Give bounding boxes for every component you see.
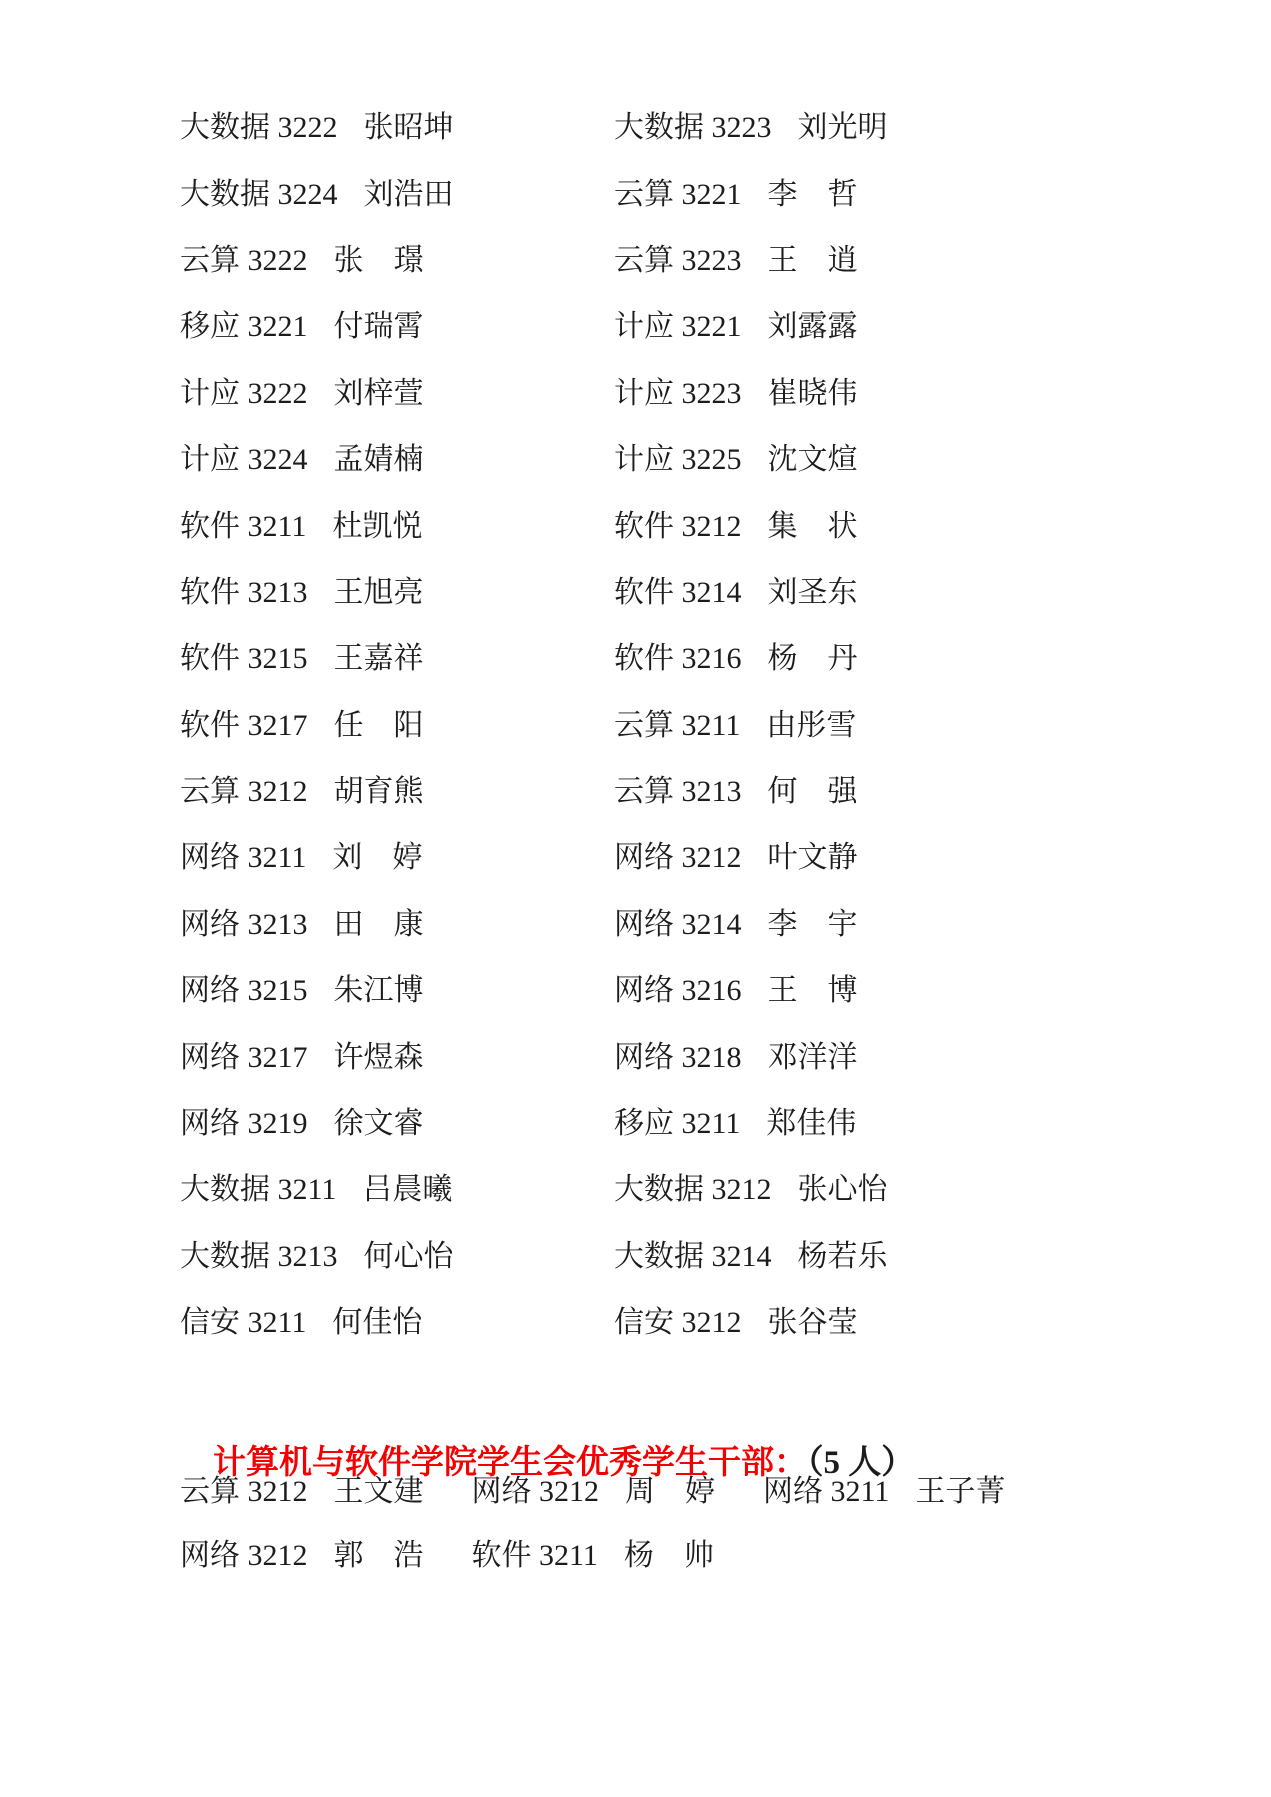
student-entry: 软件 3212集 状 (614, 512, 858, 542)
student-name: 集 状 (768, 512, 858, 542)
student-entry: 计应 3225沈文煊 (614, 445, 858, 475)
list-row: 计应 3222刘梓萱计应 3223崔晓伟 (180, 361, 1200, 427)
class-id: 计应 3221 (614, 312, 742, 342)
list-cell-right: 云算 3221李 哲 (614, 180, 1200, 210)
student-entry: 大数据 3214杨若乐 (614, 1242, 888, 1272)
student-name: 刘圣东 (768, 578, 858, 608)
student-name: 李 宇 (768, 910, 858, 940)
student-name: 刘梓萱 (334, 379, 424, 409)
student-name: 杜凯悦 (332, 512, 422, 542)
list-row: 网络 3217许煜森网络 3218邓洋洋 (180, 1024, 1200, 1090)
student-entry: 计应 3222刘梓萱 (180, 379, 424, 409)
class-id: 云算 3222 (180, 246, 308, 276)
list-cell-left: 软件 3211杜凯悦 (180, 512, 614, 542)
list-cell-right: 网络 3214李 宇 (614, 910, 1200, 940)
list-cell-left: 大数据 3213何心怡 (180, 1242, 614, 1272)
list-cell-left: 软件 3215王嘉祥 (180, 644, 614, 674)
list-row: 网络 3211刘 婷网络 3212叶文静 (180, 825, 1200, 891)
student-name: 王文建 (334, 1477, 424, 1507)
student-name: 任 阳 (334, 711, 424, 741)
student-entry: 云算 3221李 哲 (614, 180, 858, 210)
cadre-row: 云算 3212王文建网络 3212周 婷网络 3211王子菁 (180, 1460, 1200, 1524)
student-name: 胡育熊 (334, 777, 424, 807)
student-entry: 网络 3211王子菁 (763, 1477, 1005, 1507)
class-id: 云算 3221 (614, 180, 742, 210)
student-entry: 网络 3216王 博 (614, 976, 858, 1006)
list-cell-left: 软件 3213王旭亮 (180, 578, 614, 608)
list-cell-left: 云算 3212胡育熊 (180, 777, 614, 807)
class-id: 计应 3223 (614, 379, 742, 409)
student-entry: 信安 3212张谷莹 (614, 1308, 858, 1338)
student-name: 邓洋洋 (768, 1043, 858, 1073)
class-id: 计应 3222 (180, 379, 308, 409)
student-name: 吕晨曦 (362, 1175, 452, 1205)
class-id: 软件 3217 (180, 711, 308, 741)
list-row: 软件 3211杜凯悦软件 3212集 状 (180, 493, 1200, 559)
list-cell-left: 网络 3217许煜森 (180, 1043, 614, 1073)
student-name: 王嘉祥 (334, 644, 424, 674)
class-id: 软件 3216 (614, 644, 742, 674)
class-id: 移应 3221 (180, 312, 308, 342)
student-name: 李 哲 (768, 180, 858, 210)
student-name: 张心怡 (798, 1175, 888, 1205)
student-name: 张 璟 (334, 246, 424, 276)
student-name: 田 康 (334, 910, 424, 940)
student-name: 杨 帅 (624, 1541, 714, 1571)
list-cell-right: 计应 3221刘露露 (614, 312, 1200, 342)
student-entry: 计应 3221刘露露 (614, 312, 858, 342)
student-entry: 网络 3211刘 婷 (180, 843, 422, 873)
student-entry: 云算 3212王文建 (180, 1477, 424, 1507)
class-id: 软件 3214 (614, 578, 742, 608)
student-entry: 网络 3215朱江博 (180, 976, 424, 1006)
student-entry: 网络 3217许煜森 (180, 1043, 424, 1073)
student-name: 杨 丹 (768, 644, 858, 674)
list-cell-left: 计应 3222刘梓萱 (180, 379, 614, 409)
student-name: 张昭坤 (364, 113, 454, 143)
list-cell-left: 信安 3211何佳怡 (180, 1308, 614, 1338)
list-cell-right: 移应 3211郑佳伟 (614, 1109, 1200, 1139)
list-cell-left: 大数据 3224刘浩田 (180, 180, 614, 210)
student-name: 沈文煊 (768, 445, 858, 475)
student-entry: 网络 3212郭 浩 (180, 1541, 424, 1571)
class-id: 网络 3211 (180, 843, 306, 873)
student-entry: 云算 3213何 强 (614, 777, 858, 807)
student-entry: 软件 3213王旭亮 (180, 578, 424, 608)
list-row: 软件 3213王旭亮软件 3214刘圣东 (180, 560, 1200, 626)
student-entry: 网络 3214李 宇 (614, 910, 858, 940)
list-cell-right: 网络 3216王 博 (614, 976, 1200, 1006)
class-id: 移应 3211 (614, 1109, 740, 1139)
list-cell-left: 网络 3219徐文睿 (180, 1109, 614, 1139)
list-cell-right: 网络 3212叶文静 (614, 843, 1200, 873)
list-cell-right: 大数据 3212张心怡 (614, 1175, 1200, 1205)
student-name: 王子菁 (915, 1477, 1005, 1507)
student-name: 郭 浩 (334, 1541, 424, 1571)
student-entry: 大数据 3222张昭坤 (180, 113, 454, 143)
student-entry: 网络 3213田 康 (180, 910, 424, 940)
student-entry: 大数据 3211吕晨曦 (180, 1175, 452, 1205)
class-id: 计应 3225 (614, 445, 742, 475)
class-id: 大数据 3214 (614, 1242, 772, 1272)
class-id: 网络 3217 (180, 1043, 308, 1073)
list-row: 大数据 3224刘浩田云算 3221李 哲 (180, 161, 1200, 227)
student-entry: 软件 3211杨 帅 (472, 1541, 714, 1571)
student-name: 何 强 (768, 777, 858, 807)
list-row: 网络 3213田 康网络 3214李 宇 (180, 892, 1200, 958)
student-entry: 软件 3215王嘉祥 (180, 644, 424, 674)
class-id: 软件 3211 (180, 512, 306, 542)
class-id: 计应 3224 (180, 445, 308, 475)
list-row: 大数据 3213何心怡大数据 3214杨若乐 (180, 1224, 1200, 1290)
student-name: 刘露露 (768, 312, 858, 342)
class-id: 网络 3212 (180, 1541, 308, 1571)
student-name: 孟婧楠 (334, 445, 424, 475)
list-cell-left: 移应 3221付瑞霄 (180, 312, 614, 342)
list-row: 移应 3221付瑞霄计应 3221刘露露 (180, 294, 1200, 360)
student-entry: 软件 3217任 阳 (180, 711, 424, 741)
class-id: 云算 3212 (180, 1477, 308, 1507)
student-name: 付瑞霄 (334, 312, 424, 342)
student-name: 刘浩田 (364, 180, 454, 210)
student-entry: 云算 3211由彤雪 (614, 711, 856, 741)
list-row: 云算 3222张 璟云算 3223王 逍 (180, 228, 1200, 294)
list-cell-right: 软件 3212集 状 (614, 512, 1200, 542)
class-id: 网络 3212 (614, 843, 742, 873)
list-row: 大数据 3222张昭坤大数据 3223刘光明 (180, 95, 1200, 161)
student-name: 朱江博 (334, 976, 424, 1006)
student-entry: 网络 3218邓洋洋 (614, 1043, 858, 1073)
student-entry: 大数据 3213何心怡 (180, 1242, 454, 1272)
list-cell-left: 网络 3211刘 婷 (180, 843, 614, 873)
student-entry: 网络 3212周 婷 (472, 1477, 716, 1507)
list-cell-right: 云算 3223王 逍 (614, 246, 1200, 276)
student-entry: 云算 3223王 逍 (614, 246, 858, 276)
list-cell-left: 计应 3224孟婧楠 (180, 445, 614, 475)
list-row: 网络 3219徐文睿移应 3211郑佳伟 (180, 1091, 1200, 1157)
list-row: 软件 3217任 阳云算 3211由彤雪 (180, 693, 1200, 759)
class-id: 云算 3213 (614, 777, 742, 807)
cadre-student-list: 云算 3212王文建网络 3212周 婷网络 3211王子菁网络 3212郭 浩… (180, 1460, 1200, 1588)
student-name: 王旭亮 (334, 578, 424, 608)
student-entry: 软件 3211杜凯悦 (180, 512, 422, 542)
class-id: 大数据 3213 (180, 1242, 338, 1272)
student-entry: 计应 3224孟婧楠 (180, 445, 424, 475)
student-entry: 大数据 3223刘光明 (614, 113, 888, 143)
student-name: 叶文静 (768, 843, 858, 873)
class-id: 软件 3213 (180, 578, 308, 608)
list-cell-right: 软件 3214刘圣东 (614, 578, 1200, 608)
student-entry: 移应 3211郑佳伟 (614, 1109, 856, 1139)
student-entry: 计应 3223崔晓伟 (614, 379, 858, 409)
class-id: 信安 3212 (614, 1308, 742, 1338)
student-name: 王 博 (768, 976, 858, 1006)
class-id: 网络 3216 (614, 976, 742, 1006)
list-cell-left: 云算 3222张 璟 (180, 246, 614, 276)
class-id: 网络 3212 (472, 1477, 600, 1507)
student-name: 周 婷 (625, 1477, 715, 1507)
list-cell-right: 网络 3218邓洋洋 (614, 1043, 1200, 1073)
class-id: 软件 3211 (472, 1541, 598, 1571)
list-cell-left: 大数据 3211吕晨曦 (180, 1175, 614, 1205)
student-entry: 大数据 3212张心怡 (614, 1175, 888, 1205)
list-cell-left: 网络 3213田 康 (180, 910, 614, 940)
student-name: 崔晓伟 (768, 379, 858, 409)
list-row: 云算 3212胡育熊云算 3213何 强 (180, 759, 1200, 825)
student-entry: 信安 3211何佳怡 (180, 1308, 422, 1338)
list-row: 计应 3224孟婧楠计应 3225沈文煊 (180, 427, 1200, 493)
document-page: 大数据 3222张昭坤大数据 3223刘光明大数据 3224刘浩田云算 3221… (0, 0, 1271, 1797)
student-name: 徐文睿 (334, 1109, 424, 1139)
cadre-row: 网络 3212郭 浩软件 3211杨 帅 (180, 1524, 1200, 1588)
class-id: 大数据 3224 (180, 180, 338, 210)
student-name: 杨若乐 (798, 1242, 888, 1272)
list-cell-right: 云算 3211由彤雪 (614, 711, 1200, 741)
student-name: 何心怡 (364, 1242, 454, 1272)
class-id: 大数据 3211 (180, 1175, 336, 1205)
student-entry: 软件 3216杨 丹 (614, 644, 858, 674)
class-id: 云算 3211 (614, 711, 740, 741)
list-cell-right: 信安 3212张谷莹 (614, 1308, 1200, 1338)
class-id: 软件 3215 (180, 644, 308, 674)
list-row: 软件 3215王嘉祥软件 3216杨 丹 (180, 626, 1200, 692)
student-entry: 软件 3214刘圣东 (614, 578, 858, 608)
class-id: 网络 3214 (614, 910, 742, 940)
class-id: 网络 3211 (763, 1477, 889, 1507)
list-cell-right: 计应 3225沈文煊 (614, 445, 1200, 475)
class-id: 大数据 3222 (180, 113, 338, 143)
student-entry: 云算 3222张 璟 (180, 246, 424, 276)
list-cell-left: 网络 3215朱江博 (180, 976, 614, 1006)
student-entry: 移应 3221付瑞霄 (180, 312, 424, 342)
list-cell-right: 云算 3213何 强 (614, 777, 1200, 807)
student-name: 刘 婷 (332, 843, 422, 873)
class-id: 网络 3219 (180, 1109, 308, 1139)
list-cell-left: 大数据 3222张昭坤 (180, 113, 614, 143)
list-cell-right: 软件 3216杨 丹 (614, 644, 1200, 674)
student-name: 由彤雪 (766, 711, 856, 741)
student-name: 刘光明 (798, 113, 888, 143)
award-student-list: 大数据 3222张昭坤大数据 3223刘光明大数据 3224刘浩田云算 3221… (180, 95, 1200, 1356)
list-row: 信安 3211何佳怡信安 3212张谷莹 (180, 1290, 1200, 1356)
student-entry: 网络 3212叶文静 (614, 843, 858, 873)
class-id: 大数据 3212 (614, 1175, 772, 1205)
student-name: 何佳怡 (332, 1308, 422, 1338)
class-id: 云算 3223 (614, 246, 742, 276)
student-entry: 网络 3219徐文睿 (180, 1109, 424, 1139)
class-id: 信安 3211 (180, 1308, 306, 1338)
list-cell-right: 大数据 3214杨若乐 (614, 1242, 1200, 1272)
student-name: 许煜森 (334, 1043, 424, 1073)
list-cell-right: 计应 3223崔晓伟 (614, 379, 1200, 409)
student-entry: 大数据 3224刘浩田 (180, 180, 454, 210)
class-id: 网络 3218 (614, 1043, 742, 1073)
class-id: 云算 3212 (180, 777, 308, 807)
class-id: 网络 3215 (180, 976, 308, 1006)
student-name: 王 逍 (768, 246, 858, 276)
class-id: 大数据 3223 (614, 113, 772, 143)
list-cell-left: 软件 3217任 阳 (180, 711, 614, 741)
student-entry: 云算 3212胡育熊 (180, 777, 424, 807)
list-row: 网络 3215朱江博网络 3216王 博 (180, 958, 1200, 1024)
class-id: 网络 3213 (180, 910, 308, 940)
list-cell-right: 大数据 3223刘光明 (614, 113, 1200, 143)
student-name: 张谷莹 (768, 1308, 858, 1338)
student-name: 郑佳伟 (766, 1109, 856, 1139)
class-id: 软件 3212 (614, 512, 742, 542)
list-row: 大数据 3211吕晨曦大数据 3212张心怡 (180, 1157, 1200, 1223)
